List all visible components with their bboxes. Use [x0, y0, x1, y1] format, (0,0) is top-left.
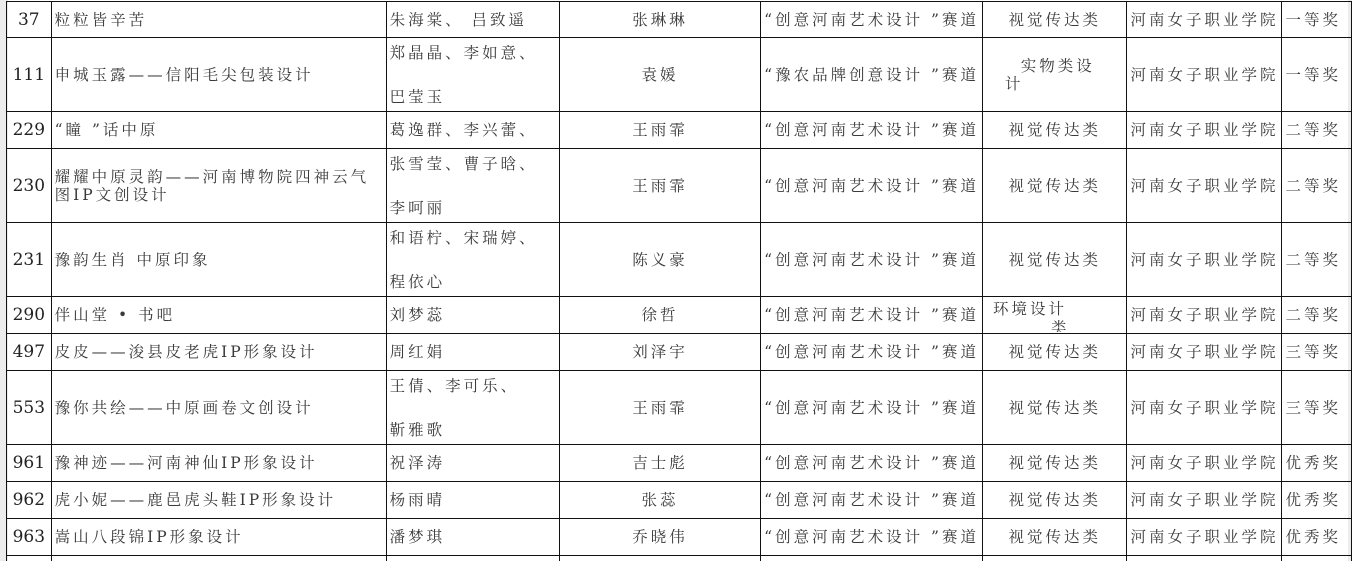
members: 朱海棠、 吕致遥 — [386, 2, 559, 38]
entry-id: 231 — [7, 223, 52, 297]
category-line: 类 — [1051, 319, 1070, 332]
school: 河南女子职业学院 — [1127, 112, 1282, 149]
entry-id: 962 — [7, 482, 52, 519]
award: 优秀奖 — [1282, 519, 1352, 556]
work-title: 申城玉露——信阳毛尖包装设计 — [51, 38, 386, 112]
track: “创意河南艺术设计 ”赛道 — [761, 223, 983, 297]
members: 葛逸群、李兴蕾、 — [386, 112, 559, 149]
work-title: 豫神迹——河南神仙IP形象设计 — [51, 445, 386, 482]
empty-cell — [982, 556, 1126, 561]
table-row: 961 豫神迹——河南神仙IP形象设计 祝泽涛 吉士彪 “创意河南艺术设计 ”赛… — [7, 445, 1352, 482]
category-line: 计 — [1001, 75, 1118, 93]
work-title: 虎小妮——鹿邑虎头鞋IP形象设计 — [51, 482, 386, 519]
track: “创意河南艺术设计 ”赛道 — [761, 519, 983, 556]
award: 三等奖 — [1282, 371, 1352, 445]
member-line: 王倩、李可乐、 — [390, 375, 556, 397]
members: 杨雨晴 — [386, 482, 559, 519]
award: 优秀奖 — [1282, 482, 1352, 519]
school: 河南女子职业学院 — [1127, 519, 1282, 556]
award: 二等奖 — [1282, 112, 1352, 149]
empty-cell — [386, 556, 559, 561]
work-title: 伴山堂 • 书吧 — [51, 297, 386, 334]
track: “创意河南艺术设计 ”赛道 — [761, 445, 983, 482]
category-line: 实物类设 — [1021, 57, 1095, 75]
entry-id: 230 — [7, 149, 52, 223]
category: 视觉传达类 — [982, 223, 1126, 297]
award: 一等奖 — [1282, 2, 1352, 38]
members: 刘梦蕊 — [386, 297, 559, 334]
entry-id: 229 — [7, 112, 52, 149]
advisor: 袁媛 — [559, 38, 760, 112]
award: 三等奖 — [1282, 334, 1352, 371]
category: 视觉传达类 — [982, 445, 1126, 482]
school: 河南女子职业学院 — [1127, 371, 1282, 445]
table-row: 290 伴山堂 • 书吧 刘梦蕊 徐哲 “创意河南艺术设计 ”赛道 环境设计 类… — [7, 297, 1352, 334]
member-line: 李呵丽 — [390, 197, 556, 219]
school: 河南女子职业学院 — [1127, 38, 1282, 112]
award: 二等奖 — [1282, 297, 1352, 334]
category: 视觉传达类 — [982, 2, 1126, 38]
members: 潘梦琪 — [386, 519, 559, 556]
members: 祝泽涛 — [386, 445, 559, 482]
entry-id: 37 — [7, 2, 52, 38]
school: 河南女子职业学院 — [1127, 334, 1282, 371]
track: “创意河南艺术设计 ”赛道 — [761, 297, 983, 334]
track: “创意河南艺术设计 ”赛道 — [761, 2, 983, 38]
entry-id: 290 — [7, 297, 52, 334]
track: “创意河南艺术设计 ”赛道 — [761, 334, 983, 371]
empty-cell — [7, 556, 52, 561]
school: 河南女子职业学院 — [1127, 482, 1282, 519]
members: 和语柠、宋瑞婷、 程依心 — [386, 223, 559, 297]
entry-id: 553 — [7, 371, 52, 445]
table-row: 553 豫你共绘——中原画卷文创设计 王倩、李可乐、 靳雅歌 王雨霏 “创意河南… — [7, 371, 1352, 445]
table-row: 111 申城玉露——信阳毛尖包装设计 郑晶晶、李如意、 巴莹玉 袁媛 “豫农品牌… — [7, 38, 1352, 112]
category: 视觉传达类 — [982, 519, 1126, 556]
category-line: 环境设计 — [993, 300, 1067, 318]
empty-cell — [51, 556, 386, 561]
table-row: 963 嵩山八段锦IP形象设计 潘梦琪 乔晓伟 “创意河南艺术设计 ”赛道 视觉… — [7, 519, 1352, 556]
track: “创意河南艺术设计 ”赛道 — [761, 482, 983, 519]
award: 二等奖 — [1282, 223, 1352, 297]
table-row: 497 皮皮——浚县皮老虎IP形象设计 周红娟 刘泽宇 “创意河南艺术设计 ”赛… — [7, 334, 1352, 371]
award: 二等奖 — [1282, 149, 1352, 223]
school: 河南女子职业学院 — [1127, 223, 1282, 297]
members: 王倩、李可乐、 靳雅歌 — [386, 371, 559, 445]
empty-cell — [559, 556, 760, 561]
entry-id: 961 — [7, 445, 52, 482]
member-line: 巴莹玉 — [390, 86, 556, 108]
track: “创意河南艺术设计 ”赛道 — [761, 112, 983, 149]
table-row: 229 “瞳 ”话中原 葛逸群、李兴蕾、 王雨霏 “创意河南艺术设计 ”赛道 视… — [7, 112, 1352, 149]
member-line: 郑晶晶、李如意、 — [390, 42, 556, 64]
empty-cell — [1282, 556, 1352, 561]
advisor: 张蕊 — [559, 482, 760, 519]
category: 视觉传达类 — [982, 371, 1126, 445]
members: 张雪莹、曹子晗、 李呵丽 — [386, 149, 559, 223]
category: 环境设计 类 — [982, 297, 1126, 334]
work-title: 豫韵生肖 中原印象 — [51, 223, 386, 297]
advisor: 王雨霏 — [559, 371, 760, 445]
advisor: 刘泽宇 — [559, 334, 760, 371]
awards-table: 37 粒粒皆辛苦 朱海棠、 吕致遥 张琳琳 “创意河南艺术设计 ”赛道 视觉传达… — [6, 1, 1352, 561]
track: “豫农品牌创意设计 ”赛道 — [761, 38, 983, 112]
school: 河南女子职业学院 — [1127, 149, 1282, 223]
advisor: 乔晓伟 — [559, 519, 760, 556]
members: 郑晶晶、李如意、 巴莹玉 — [386, 38, 559, 112]
advisor: 王雨霏 — [559, 112, 760, 149]
table-row: 230 耀耀中原灵韵——河南博物院四神云气图IP文创设计 张雪莹、曹子晗、 李呵… — [7, 149, 1352, 223]
member-line: 靳雅歌 — [390, 419, 556, 441]
member-line: 张雪莹、曹子晗、 — [390, 153, 556, 175]
advisor: 王雨霏 — [559, 149, 760, 223]
category: 视觉传达类 — [982, 334, 1126, 371]
track: “创意河南艺术设计 ”赛道 — [761, 149, 983, 223]
work-title: 皮皮——浚县皮老虎IP形象设计 — [51, 334, 386, 371]
advisor: 张琳琳 — [559, 2, 760, 38]
work-title: 豫你共绘——中原画卷文创设计 — [51, 371, 386, 445]
school: 河南女子职业学院 — [1127, 2, 1282, 38]
school: 河南女子职业学院 — [1127, 445, 1282, 482]
empty-cell — [761, 556, 983, 561]
work-title: 耀耀中原灵韵——河南博物院四神云气图IP文创设计 — [51, 149, 386, 223]
entry-id: 963 — [7, 519, 52, 556]
work-title: “瞳 ”话中原 — [51, 112, 386, 149]
work-title: 嵩山八段锦IP形象设计 — [51, 519, 386, 556]
table-row: 231 豫韵生肖 中原印象 和语柠、宋瑞婷、 程依心 陈义豪 “创意河南艺术设计… — [7, 223, 1352, 297]
member-line: 程依心 — [390, 271, 556, 293]
award: 优秀奖 — [1282, 445, 1352, 482]
work-title: 粒粒皆辛苦 — [51, 2, 386, 38]
members: 周红娟 — [386, 334, 559, 371]
advisor: 陈义豪 — [559, 223, 760, 297]
school: 河南女子职业学院 — [1127, 297, 1282, 334]
category: 实物类设 计 — [982, 38, 1126, 112]
track: “创意河南艺术设计 ”赛道 — [761, 371, 983, 445]
table-row-partial — [7, 556, 1352, 561]
category: 视觉传达类 — [982, 482, 1126, 519]
category: 视觉传达类 — [982, 149, 1126, 223]
table-row: 962 虎小妮——鹿邑虎头鞋IP形象设计 杨雨晴 张蕊 “创意河南艺术设计 ”赛… — [7, 482, 1352, 519]
empty-cell — [1127, 556, 1282, 561]
advisor: 吉士彪 — [559, 445, 760, 482]
award: 一等奖 — [1282, 38, 1352, 112]
entry-id: 497 — [7, 334, 52, 371]
advisor: 徐哲 — [559, 297, 760, 334]
member-line: 和语柠、宋瑞婷、 — [390, 227, 556, 249]
entry-id: 111 — [7, 38, 52, 112]
table-row: 37 粒粒皆辛苦 朱海棠、 吕致遥 张琳琳 “创意河南艺术设计 ”赛道 视觉传达… — [7, 2, 1352, 38]
category: 视觉传达类 — [982, 112, 1126, 149]
